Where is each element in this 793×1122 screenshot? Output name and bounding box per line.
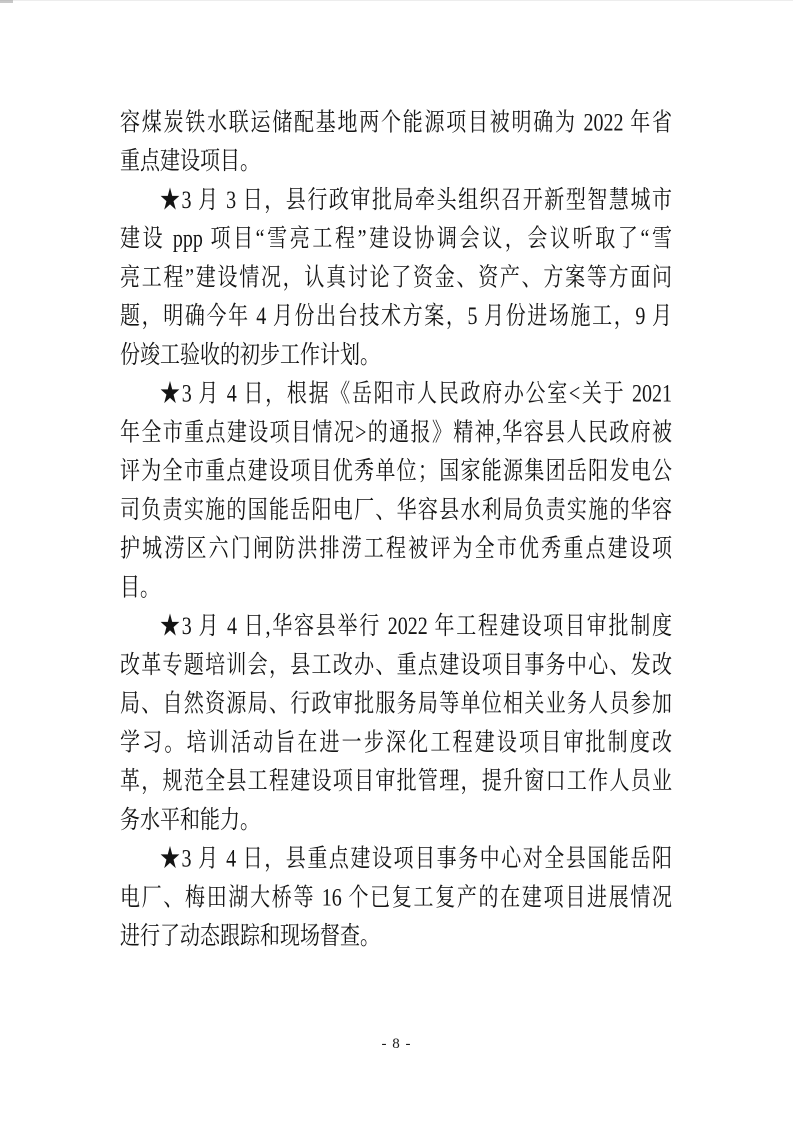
document-body: 容煤炭铁水联运储配基地两个能源项目被明确为 2022 年省重点建设项目。★3 月… bbox=[120, 104, 672, 957]
text-line: 改革专题培训会，县工改办、重点建设项目事务中心、发改 bbox=[120, 647, 672, 686]
text-line: ★3 月 4 日，根据《岳阳市人民政府办公室<关于 2021 bbox=[120, 375, 672, 414]
text-line: 题，明确今年 4 月份出台技术方案，5 月份进场施工，9 月 bbox=[120, 298, 672, 337]
text-line: 务水平和能力。 bbox=[120, 802, 672, 841]
text-line: 评为全市重点建设项目优秀单位；国家能源集团岳阳发电公 bbox=[120, 453, 672, 492]
text-line: 亮工程”建设情况，认真讨论了资金、资产、方案等方面问 bbox=[120, 259, 672, 298]
text-line: 年全市重点建设项目情况>的通报》精神,华容县人民政府被 bbox=[120, 414, 672, 453]
text-line: 学习。培训活动旨在进一步深化工程建设项目审批制度改 bbox=[120, 724, 672, 763]
text-line: ★3 月 4 日,华容县举行 2022 年工程建设项目审批制度 bbox=[120, 608, 672, 647]
document-page: 容煤炭铁水联运储配基地两个能源项目被明确为 2022 年省重点建设项目。★3 月… bbox=[0, 0, 793, 1122]
scan-artifact bbox=[0, 0, 13, 3]
paragraph: ★3 月 4 日,华容县举行 2022 年工程建设项目审批制度改革专题培训会，县… bbox=[120, 608, 672, 841]
text-line: 局、自然资源局、行政审批服务局等单位相关业务人员参加 bbox=[120, 685, 672, 724]
text-line: 电厂、梅田湖大桥等 16 个已复工复产的在建项目进展情况 bbox=[120, 879, 672, 918]
text-line: ★3 月 4 日，县重点建设项目事务中心对全县国能岳阳 bbox=[120, 840, 672, 879]
paragraph: ★3 月 3 日，县行政审批局牵头组织召开新型智慧城市建设 ppp 项目“雪亮工… bbox=[120, 182, 672, 376]
text-line: 重点建设项目。 bbox=[120, 143, 672, 182]
text-line: 建设 ppp 项目“雪亮工程”建设协调会议，会议听取了“雪 bbox=[120, 220, 672, 259]
text-line: 司负责实施的国能岳阳电厂、华容县水利局负责实施的华容 bbox=[120, 492, 672, 531]
text-line: 革，规范全县工程建设项目审批管理，提升窗口工作人员业 bbox=[120, 763, 672, 802]
text-line: 护城涝区六门闸防洪排涝工程被评为全市优秀重点建设项 bbox=[120, 530, 672, 569]
text-line: 进行了动态跟踪和现场督查。 bbox=[120, 918, 672, 957]
text-line: ★3 月 3 日，县行政审批局牵头组织召开新型智慧城市 bbox=[120, 182, 672, 221]
scan-top-edge bbox=[0, 0, 793, 1]
text-line: 份竣工验收的初步工作计划。 bbox=[120, 337, 672, 376]
paragraph: ★3 月 4 日，根据《岳阳市人民政府办公室<关于 2021年全市重点建设项目情… bbox=[120, 375, 672, 608]
text-line: 目。 bbox=[120, 569, 672, 608]
paragraph: 容煤炭铁水联运储配基地两个能源项目被明确为 2022 年省重点建设项目。 bbox=[120, 104, 672, 182]
paragraph: ★3 月 4 日，县重点建设项目事务中心对全县国能岳阳电厂、梅田湖大桥等 16 … bbox=[120, 840, 672, 956]
page-number: - 8 - bbox=[0, 1036, 793, 1053]
text-line: 容煤炭铁水联运储配基地两个能源项目被明确为 2022 年省 bbox=[120, 104, 672, 143]
